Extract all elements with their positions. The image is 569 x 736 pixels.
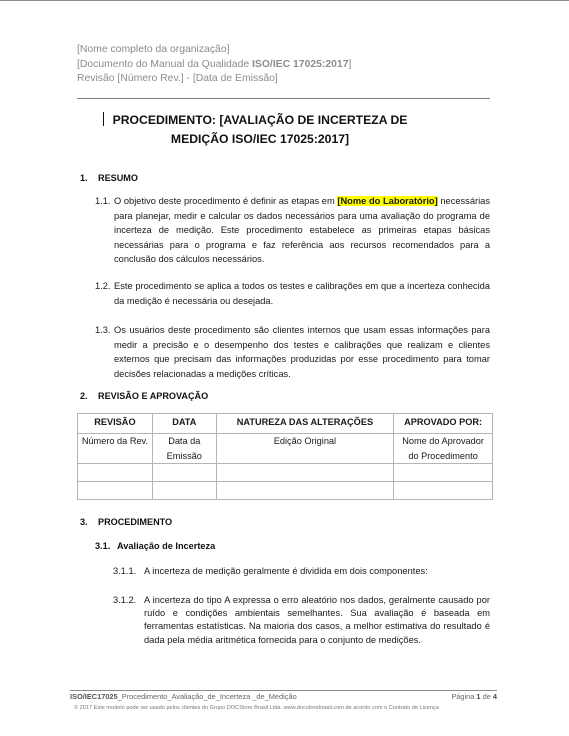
cell-aprovado[interactable] xyxy=(394,464,493,482)
cell-data[interactable] xyxy=(152,482,216,500)
cell-natureza[interactable] xyxy=(216,464,393,482)
org-name[interactable]: [Nome completo da organização] xyxy=(77,43,351,58)
revision-line[interactable]: Revisão [Número Rev.] - [Data de Emissão… xyxy=(77,72,351,87)
table-row: Número da Rev. Data da Emissão Edição Or… xyxy=(78,434,493,464)
cell-aprovado[interactable]: Nome do Aprovador do Procedimento xyxy=(394,434,493,464)
document-header: [Nome completo da organização] [Document… xyxy=(77,43,351,87)
paragraph-3-1-2[interactable]: 3.1.2. A incerteza do tipo A expressa o … xyxy=(113,594,490,647)
page-top-border xyxy=(0,0,569,1)
footer-copyright: © 2017 Este modelo pode ser usado pelos … xyxy=(74,705,439,711)
col-header-data: DATA xyxy=(152,414,216,434)
footer-doc-name: ISO/IEC17025_Procedimento_Avaliação_de_I… xyxy=(70,692,297,701)
cell-natureza[interactable] xyxy=(216,482,393,500)
table-row xyxy=(78,482,493,500)
table-row xyxy=(78,464,493,482)
cell-aprovado[interactable] xyxy=(394,482,493,500)
paragraph-1-3[interactable]: 1.3. Os usuários deste procedimento são … xyxy=(95,323,490,381)
col-header-natureza: NATUREZA DAS ALTERAÇÕES xyxy=(216,414,393,434)
cell-revisao[interactable]: Número da Rev. xyxy=(78,434,153,464)
table-header-row: REVISÃO DATA NATUREZA DAS ALTERAÇÕES APR… xyxy=(78,414,493,434)
cell-revisao[interactable] xyxy=(78,464,153,482)
cell-data[interactable] xyxy=(152,464,216,482)
cell-revisao[interactable] xyxy=(78,482,153,500)
doc-manual-line[interactable]: [Documento do Manual da Qualidade ISO/IE… xyxy=(77,58,351,73)
lab-name-placeholder[interactable]: [Nome do Laboratório] xyxy=(337,196,437,206)
footer-divider xyxy=(70,690,497,691)
paragraph-3-1-1[interactable]: 3.1.1. A incerteza de medição geralmente… xyxy=(113,565,490,578)
paragraph-1-2[interactable]: 1.2. Este procedimento se aplica a todos… xyxy=(95,279,490,308)
header-divider xyxy=(77,98,490,99)
col-header-revisao: REVISÃO xyxy=(78,414,153,434)
col-header-aprovado: APROVADO POR: xyxy=(394,414,493,434)
revision-table: REVISÃO DATA NATUREZA DAS ALTERAÇÕES APR… xyxy=(77,413,493,500)
cell-natureza[interactable]: Edição Original xyxy=(216,434,393,464)
cell-data[interactable]: Data da Emissão xyxy=(152,434,216,464)
paragraph-1-1[interactable]: 1.1. O objetivo deste procedimento é def… xyxy=(95,194,490,267)
footer-page-number: Página 1 de 4 xyxy=(451,692,497,701)
document-title[interactable]: PROCEDIMENTO: [AVALIAÇÃO DE INCERTEZA DE… xyxy=(100,111,420,149)
